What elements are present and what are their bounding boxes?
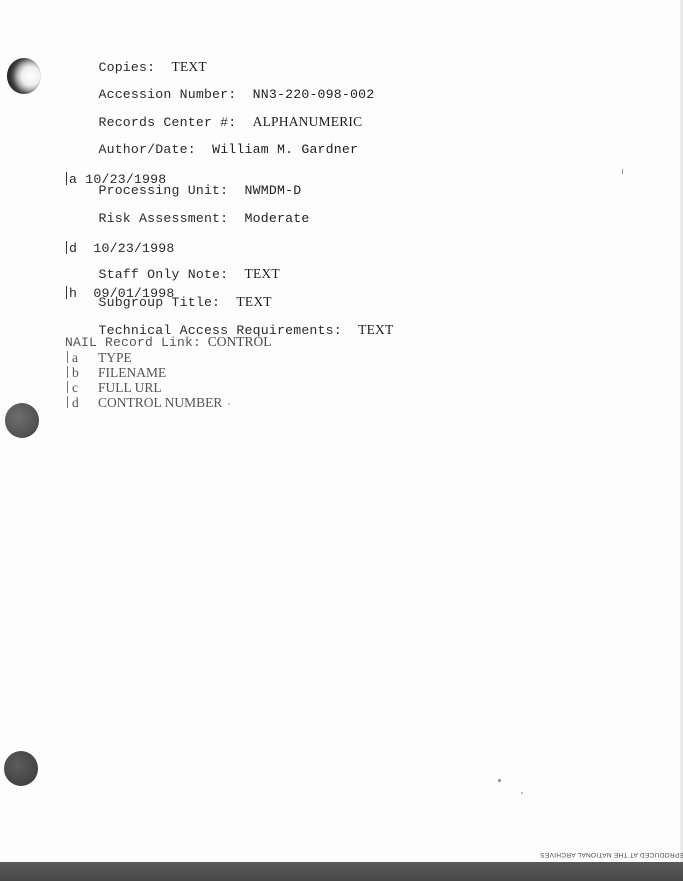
punch-hole-icon <box>4 751 38 786</box>
subfield-delimiter <box>67 366 68 378</box>
nail-header: NAIL Record Link: CONTROL <box>65 334 272 350</box>
field-value: Moderate <box>245 211 310 226</box>
scanned-page: Copies: TEXT Accession Number: NN3-220-0… <box>0 0 683 881</box>
field-value: TEXT <box>358 322 393 337</box>
scan-speck <box>622 169 623 174</box>
nail-subfield: aTYPE <box>65 350 272 365</box>
scan-speck <box>228 403 230 405</box>
subfield-delimiter <box>67 396 68 408</box>
nail-subfield: bFILENAME <box>65 365 272 380</box>
field-label: Risk Assessment: <box>98 211 228 226</box>
subfield-delimiter <box>67 351 68 363</box>
field-value: CONTROL <box>208 334 272 349</box>
punch-hole-icon <box>5 403 39 438</box>
scanner-bottom-bar <box>0 862 683 881</box>
nail-subfield: cFULL URL <box>65 380 272 395</box>
field-label: NAIL Record Link: <box>65 335 201 350</box>
punch-hole-icon <box>7 58 41 94</box>
scan-speck <box>521 792 523 794</box>
field-nail-record-link: NAIL Record Link: CONTROL aTYPE bFILENAM… <box>65 334 272 410</box>
archives-stamp: REPRODUCED AT THE NATIONAL ARCHIVES <box>540 851 683 858</box>
field-label: Author/Date: <box>98 142 195 157</box>
field-value: William M. Gardner <box>212 142 358 157</box>
scan-speck <box>498 779 501 782</box>
nail-subfield: dCONTROL NUMBER <box>65 395 272 410</box>
subfield-delimiter <box>67 381 68 393</box>
